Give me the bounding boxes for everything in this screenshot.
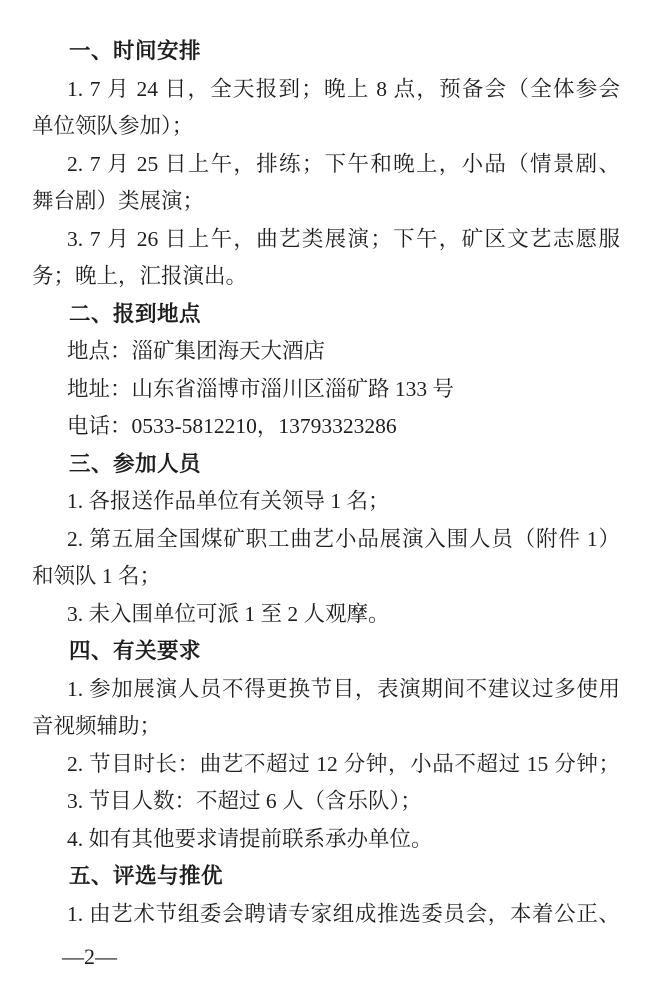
section-heading: 五、评选与推优 bbox=[32, 858, 620, 896]
paragraph-line: 1. 7 月 24 日，全天报到；晚上 8 点，预备会（全体参会 bbox=[32, 71, 620, 109]
paragraph-line: 单位领队参加）； bbox=[32, 108, 620, 146]
document-page: 一、时间安排 1. 7 月 24 日，全天报到；晚上 8 点，预备会（全体参会 … bbox=[0, 0, 650, 994]
paragraph-line: 4. 如有其他要求请提前联系承办单位。 bbox=[32, 821, 620, 859]
paragraph-line: 电话：0533-5812210，13793323286 bbox=[32, 408, 620, 446]
paragraph-line: 音视频辅助； bbox=[32, 708, 620, 746]
paragraph-line: 3. 未入围单位可派 1 至 2 人观摩。 bbox=[32, 596, 620, 634]
section-heading: 一、时间安排 bbox=[32, 33, 620, 71]
paragraph-line: 2. 节目时长：曲艺不超过 12 分钟，小品不超过 15 分钟； bbox=[32, 746, 620, 784]
paragraph-line: 3. 7 月 26 日上午，曲艺类展演；下午，矿区文艺志愿服 bbox=[32, 221, 620, 259]
page-number: —2— bbox=[62, 943, 117, 971]
paragraph-line: 地址：山东省淄博市淄川区淄矿路 133 号 bbox=[32, 371, 620, 409]
section-heading: 二、报到地点 bbox=[32, 296, 620, 334]
paragraph-line: 舞台剧）类展演； bbox=[32, 183, 620, 221]
paragraph-line: 2. 7 月 25 日上午，排练；下午和晚上，小品（情景剧、 bbox=[32, 146, 620, 184]
page-content: 一、时间安排 1. 7 月 24 日，全天报到；晚上 8 点，预备会（全体参会 … bbox=[32, 33, 620, 933]
paragraph-line: 3. 节目人数：不超过 6 人（含乐队）； bbox=[32, 783, 620, 821]
paragraph-line: 地点：淄矿集团海天大酒店 bbox=[32, 333, 620, 371]
paragraph-line: 1. 由艺术节组委会聘请专家组成推选委员会，本着公正、 bbox=[32, 896, 620, 934]
section-heading: 三、参加人员 bbox=[32, 446, 620, 484]
paragraph-line: 务；晚上，汇报演出。 bbox=[32, 258, 620, 296]
paragraph-line: 1. 各报送作品单位有关领导 1 名； bbox=[32, 483, 620, 521]
paragraph-line: 1. 参加展演人员不得更换节目，表演期间不建议过多使用 bbox=[32, 671, 620, 709]
paragraph-line: 和领队 1 名； bbox=[32, 558, 620, 596]
section-heading: 四、有关要求 bbox=[32, 633, 620, 671]
paragraph-line: 2. 第五届全国煤矿职工曲艺小品展演入围人员（附件 1） bbox=[32, 521, 620, 559]
